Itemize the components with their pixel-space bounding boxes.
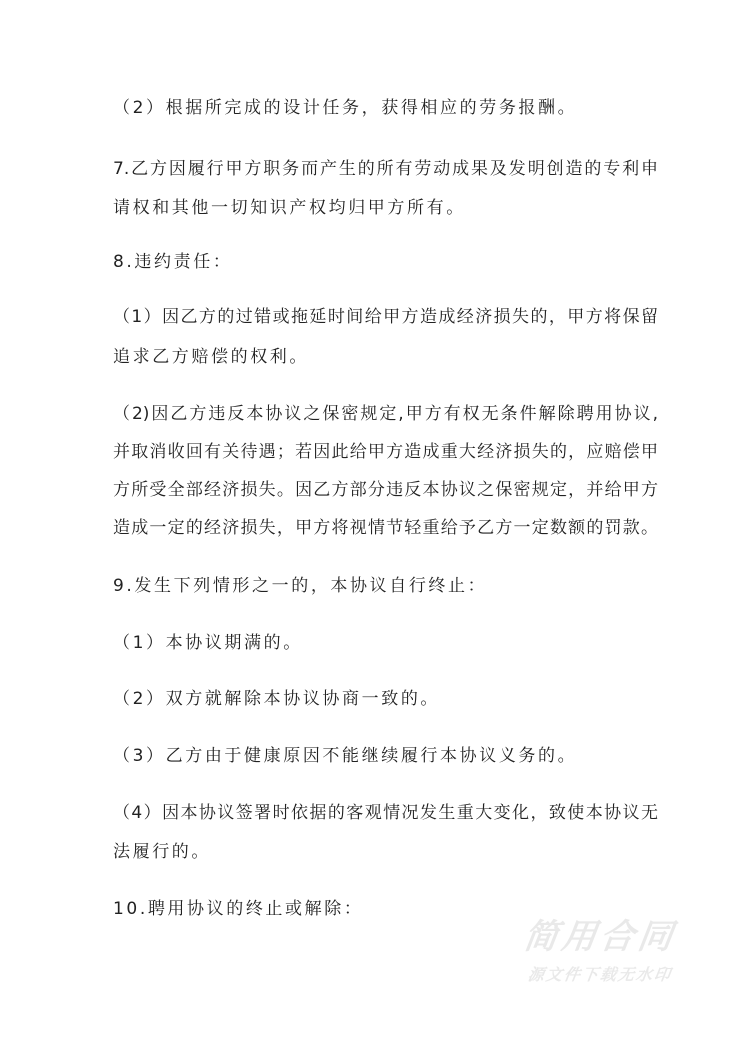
clause-7-line-1: 7.乙方因履行甲方职务而产生的所有劳动成果及发明创造的专利申 xyxy=(113,158,658,180)
clause-8-2-line-4: 造成一定的经济损失，甲方将视情节轻重给予乙方一定数额的罚款。 xyxy=(113,517,658,539)
watermark: 简用合同 源文件下载无水印 xyxy=(510,918,690,986)
clause-6-2-line: （2）根据所完成的设计任务，获得相应的劳务报酬。 xyxy=(113,97,577,119)
clause-9-4-line-2: 法履行的。 xyxy=(113,841,211,863)
clause-9-4-line-1: （4）因本协议签署时依据的客观情况发生重大变化，致使本协议无 xyxy=(113,802,658,824)
clause-8-2-line-3: 方所受全部经济损失。因乙方部分违反本协议之保密规定，并给甲方 xyxy=(113,479,658,501)
watermark-brand: 简用合同 xyxy=(507,918,692,956)
clause-8-1-line-2: 追求乙方赔偿的权利。 xyxy=(113,346,309,368)
clause-8-1-line-1: （1）因乙方的过错或拖延时间给甲方造成经济损失的，甲方将保留 xyxy=(113,306,658,328)
clause-8-2-line-1: （2)因乙方违反本协议之保密规定,甲方有权无条件解除聘用协议, xyxy=(113,403,658,425)
clause-7-line-2: 请权和其他一切知识产权均归甲方所有。 xyxy=(113,197,466,219)
clause-8-heading: 8.违约责任： xyxy=(113,251,232,273)
clause-9-2-line: （2）双方就解除本协议协商一致的。 xyxy=(113,688,440,710)
clause-9-heading: 9.发生下列情形之一的，本协议自行终止： xyxy=(113,575,487,597)
clause-9-3-line: （3）乙方由于健康原因不能继续履行本协议义务的。 xyxy=(113,745,577,767)
watermark-tagline: 源文件下载无水印 xyxy=(508,964,691,986)
clause-10-heading: 10.聘用协议的终止或解除： xyxy=(113,898,363,920)
document-page: （2）根据所完成的设计任务，获得相应的劳务报酬。 7.乙方因履行甲方职务而产生的… xyxy=(0,0,742,1049)
clause-9-1-line: （1）本协议期满的。 xyxy=(113,632,303,654)
clause-8-2-line-2: 并取消收回有关待遇；若因此给甲方造成重大经济损失的，应赔偿甲 xyxy=(113,441,658,463)
